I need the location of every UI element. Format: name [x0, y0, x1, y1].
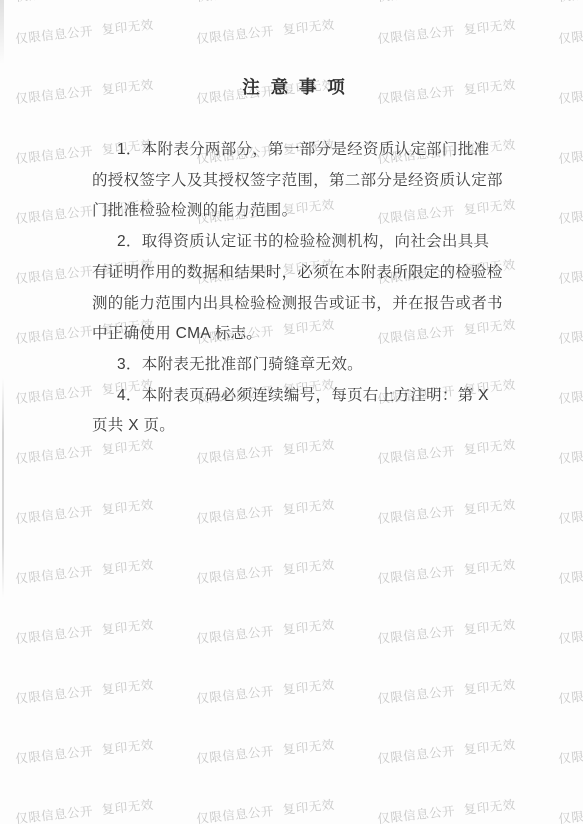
document-content: 注 意 事 项 1．本附表分两部分，第一部分是经资质认定部门批准的授权签字人及其… — [0, 0, 583, 824]
notice-line: 4．本附表页码必须连续编号，每页右上方注明：第 X — [92, 381, 502, 412]
document-title: 注 意 事 项 — [92, 74, 498, 99]
notice-line: 有证明作用的数据和结果时，必须在本附表所限定的检验检 — [92, 258, 502, 289]
paragraph-list: 1．本附表分两部分，第一部分是经资质认定部门批准的授权签字人及其授权签字范围，第… — [92, 135, 502, 442]
notice-line: 3．本附表无批准部门骑缝章无效。 — [92, 350, 502, 381]
notice-line: 页共 X 页。 — [92, 411, 502, 442]
notice-line: 中正确使用 CMA 标志。 — [92, 319, 502, 350]
notice-line: 门批准检验检测的能力范围。 — [92, 196, 502, 227]
notice-paragraph: 4．本附表页码必须连续编号，每页右上方注明：第 X页共 X 页。 — [92, 381, 502, 442]
notice-line: 的授权签字人及其授权签字范围，第二部分是经资质认定部 — [92, 166, 502, 197]
notice-line: 测的能力范围内出具检验检测报告或证书，并在报告或者书 — [92, 289, 502, 320]
notice-line: 1．本附表分两部分，第一部分是经资质认定部门批准 — [92, 135, 502, 166]
notice-paragraph: 3．本附表无批准部门骑缝章无效。 — [92, 350, 502, 381]
notice-paragraph: 1．本附表分两部分，第一部分是经资质认定部门批准的授权签字人及其授权签字范围，第… — [92, 135, 502, 227]
notice-line: 2．取得资质认定证书的检验检测机构，向社会出具具 — [92, 227, 502, 258]
notice-paragraph: 2．取得资质认定证书的检验检测机构，向社会出具具有证明作用的数据和结果时，必须在… — [92, 227, 502, 350]
document-page: 仅限信息公开 复印无效仅限信息公开 复印无效仅限信息公开 复印无效仅限信息公开 … — [0, 0, 583, 824]
